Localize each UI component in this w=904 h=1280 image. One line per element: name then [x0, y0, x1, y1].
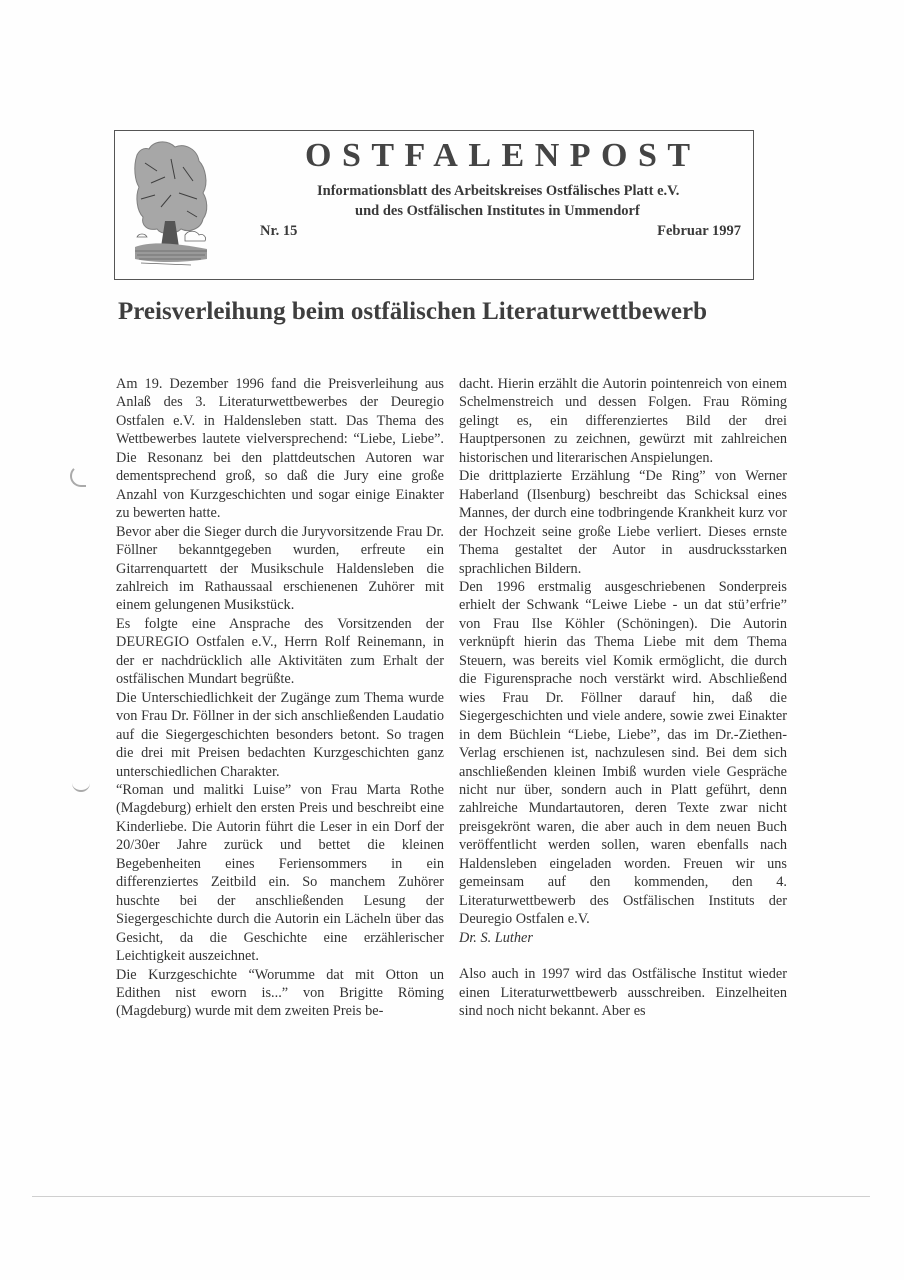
issue-number: Nr. 15: [260, 223, 297, 240]
paragraph: Den 1996 erstmalig ausgeschriebenen Sond…: [459, 578, 787, 929]
paragraph: Die drittplazierte Erzählung “De Ring” v…: [459, 467, 787, 578]
paragraph: Am 19. Dezember 1996 fand die Preisverle…: [116, 375, 444, 523]
article-column-left: Am 19. Dezember 1996 fand die Preisverle…: [116, 375, 444, 1021]
paragraph: “Roman und malitki Luise” von Frau Marta…: [116, 781, 444, 966]
punch-hole-mark-top: [70, 465, 86, 487]
paragraph: Es folgte eine Ansprache des Vorsitzende…: [116, 615, 444, 689]
paragraph: dacht. Hierin erzählt die Autorin pointe…: [459, 375, 787, 467]
masthead: OSTFALENPOST Informationsblatt des Arbei…: [114, 130, 754, 280]
paragraph: Die Unterschiedlichkeit der Zugänge zum …: [116, 689, 444, 781]
paragraph: Die Kurzgeschichte “Worumme dat mit Otto…: [116, 966, 444, 1021]
newsletter-title: OSTFALENPOST: [305, 137, 701, 175]
newsletter-subtitle-line2: und des Ostfälischen Institutes in Ummen…: [355, 203, 640, 220]
author-signature: Dr. S. Luther: [459, 929, 787, 947]
issue-date: Februar 1997: [657, 223, 741, 240]
paragraph: Bevor aber die Sieger durch die Juryvors…: [116, 523, 444, 615]
page-bottom-rule: [32, 1196, 870, 1197]
article-column-right: dacht. Hierin erzählt die Autorin pointe…: [459, 375, 787, 1020]
spacer: [459, 947, 787, 965]
followup-paragraph: Also auch in 1997 wird das Ostfälische I…: [459, 965, 787, 1020]
punch-hole-mark-bottom: [72, 780, 90, 792]
newsletter-subtitle-line1: Informationsblatt des Arbeitskreises Ost…: [317, 183, 679, 200]
article-headline: Preisverleihung beim ostfälischen Litera…: [118, 298, 788, 326]
oak-tree-engraving-icon: [131, 137, 211, 273]
